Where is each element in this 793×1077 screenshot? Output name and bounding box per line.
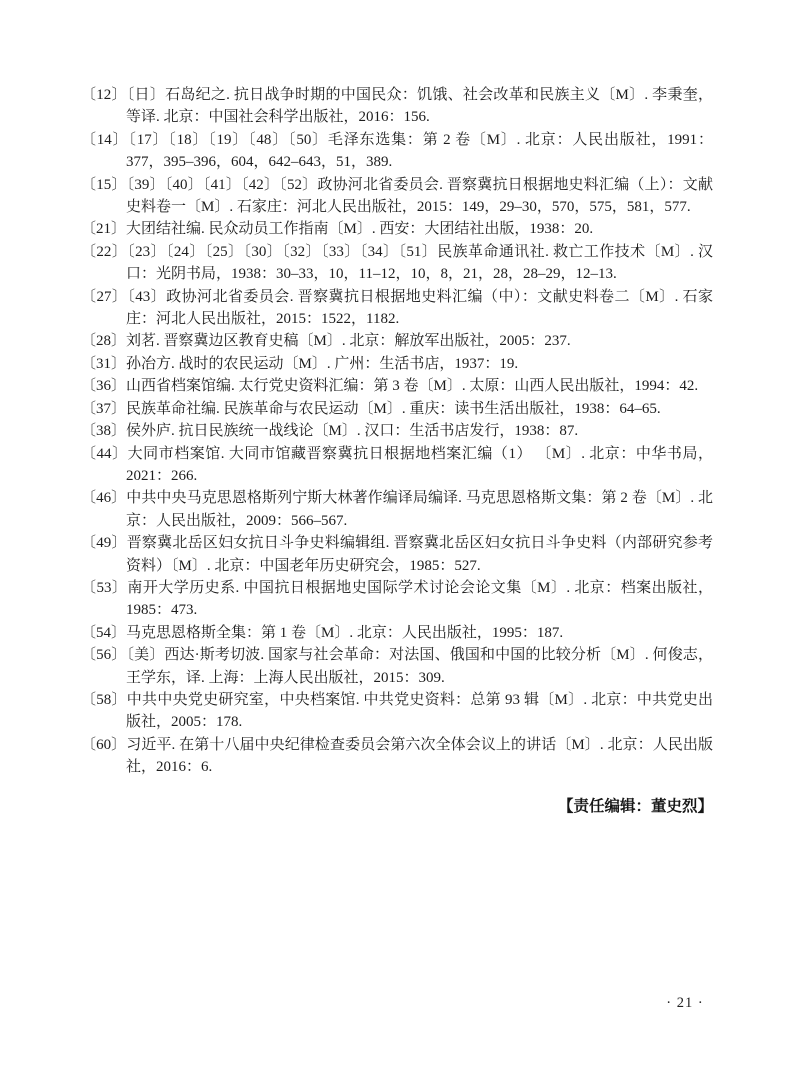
reference-label: 〔22〕〔23〕〔24〕〔25〕〔30〕〔32〕〔33〕〔34〕〔51〕 <box>81 244 437 260</box>
reference-entry: 〔49〕晋察冀北岳区妇女抗日斗争史料编辑组. 晋察冀北岳区妇女抗日斗争史料（内部… <box>81 532 713 577</box>
reference-entry: 〔12〕〔日〕石岛纪之. 抗日战争时期的中国民众：饥饿、社会改革和民族主义〔M〕… <box>81 84 713 129</box>
reference-text: 晋察冀北岳区妇女抗日斗争史料编辑组. 晋察冀北岳区妇女抗日斗争史料（内部研究参考… <box>126 535 713 573</box>
editor-note: 【责任编辑：董史烈】 <box>81 796 713 818</box>
reference-label: 〔53〕 <box>81 580 127 596</box>
reference-label: 〔21〕 <box>81 221 126 237</box>
reference-entry: 〔44〕大同市档案馆. 大同市馆藏晋察冀抗日根据地档案汇编（1） 〔M〕. 北京… <box>81 443 713 488</box>
reference-entry: 〔54〕马克思恩格斯全集：第 1 卷〔M〕. 北京：人民出版社，1995：187… <box>81 622 713 644</box>
reference-text: 大团结社编. 民众动员工作指南〔M〕. 西安：大团结社出版，1938：20. <box>126 221 593 237</box>
reference-label: 〔28〕 <box>81 333 126 349</box>
reference-entry: 〔22〕〔23〕〔24〕〔25〕〔30〕〔32〕〔33〕〔34〕〔51〕民族革命… <box>81 241 713 286</box>
reference-text: 中共中央马克思恩格斯列宁斯大林著作编译局编译. 马克思恩格斯文集：第 2 卷〔M… <box>126 490 713 528</box>
reference-text: 中共中央党史研究室，中央档案馆. 中共党史资料：总第 93 辑〔M〕. 北京：中… <box>126 692 713 730</box>
reference-label: 〔31〕 <box>81 356 126 372</box>
reference-text: 大同市档案馆. 大同市馆藏晋察冀抗日根据地档案汇编（1） 〔M〕. 北京：中华书… <box>126 446 713 484</box>
reference-text: 政协河北省委员会. 晋察冀抗日根据地史料汇编（中）：文献史料卷二〔M〕. 石家庄… <box>126 289 713 327</box>
reference-entry: 〔21〕大团结社编. 民众动员工作指南〔M〕. 西安：大团结社出版，1938：2… <box>81 218 713 240</box>
reference-entry: 〔37〕民族革命社编. 民族革命与农民运动〔M〕. 重庆：读书生活出版社，193… <box>81 398 713 420</box>
reference-entry: 〔58〕中共中央党史研究室，中央档案馆. 中共党史资料：总第 93 辑〔M〕. … <box>81 689 713 734</box>
reference-text: 〔美〕西达·斯考切波. 国家与社会革命：对法国、俄国和中国的比较分析〔M〕. 何… <box>126 647 713 685</box>
reference-text: 山西省档案馆编. 太行党史资料汇编：第 3 卷〔M〕. 太原：山西人民出版社，1… <box>126 378 698 394</box>
reference-label: 〔58〕 <box>81 692 127 708</box>
reference-label: 〔38〕 <box>81 423 126 439</box>
reference-label: 〔56〕 <box>81 647 126 663</box>
reference-label: 〔15〕〔39〕〔40〕〔41〕〔42〕〔52〕 <box>81 177 317 193</box>
page-number: · 21 · <box>650 995 720 1012</box>
reference-text: 民族革命社编. 民族革命与农民运动〔M〕. 重庆：读书生活出版社，1938：64… <box>126 401 661 417</box>
reference-label: 〔60〕 <box>81 737 126 753</box>
reference-text: 孙冶方. 战时的农民运动〔M〕. 广州：生活书店，1937：19. <box>126 356 518 372</box>
reference-text: 刘茗. 晋察冀边区教育史稿〔M〕. 北京：解放军出版社，2005：237. <box>126 333 571 349</box>
reference-label: 〔44〕 <box>81 446 128 462</box>
reference-entry: 〔53〕南开大学历史系. 中国抗日根据地史国际学术讨论会论文集〔M〕. 北京：档… <box>81 577 713 622</box>
reference-text: 习近平. 在第十八届中央纪律检查委员会第六次全体会议上的讲话〔M〕. 北京：人民… <box>126 737 713 775</box>
reference-text: 侯外庐. 抗日民族统一战线论〔M〕. 汉口：生活书店发行，1938：87. <box>126 423 578 439</box>
reference-entry: 〔36〕山西省档案馆编. 太行党史资料汇编：第 3 卷〔M〕. 太原：山西人民出… <box>81 375 713 397</box>
reference-entry: 〔46〕中共中央马克思恩格斯列宁斯大林著作编译局编译. 马克思恩格斯文集：第 2… <box>81 487 713 532</box>
reference-entry: 〔28〕刘茗. 晋察冀边区教育史稿〔M〕. 北京：解放军出版社，2005：237… <box>81 330 713 352</box>
reference-text: 南开大学历史系. 中国抗日根据地史国际学术讨论会论文集〔M〕. 北京：档案出版社… <box>126 580 713 618</box>
reference-list: 〔12〕〔日〕石岛纪之. 抗日战争时期的中国民众：饥饿、社会改革和民族主义〔M〕… <box>81 84 713 818</box>
reference-label: 〔37〕 <box>81 401 126 417</box>
reference-label: 〔14〕〔17〕〔18〕〔19〕〔48〕〔50〕 <box>81 132 328 148</box>
reference-entry: 〔15〕〔39〕〔40〕〔41〕〔42〕〔52〕政协河北省委员会. 晋察冀抗日根… <box>81 174 713 219</box>
reference-entry: 〔60〕习近平. 在第十八届中央纪律检查委员会第六次全体会议上的讲话〔M〕. 北… <box>81 734 713 779</box>
reference-entry: 〔56〕〔美〕西达·斯考切波. 国家与社会革命：对法国、俄国和中国的比较分析〔M… <box>81 644 713 689</box>
reference-label: 〔36〕 <box>81 378 126 394</box>
reference-entry: 〔14〕〔17〕〔18〕〔19〕〔48〕〔50〕毛泽东选集：第 2 卷〔M〕. … <box>81 129 713 174</box>
reference-text: 马克思恩格斯全集：第 1 卷〔M〕. 北京：人民出版社，1995：187. <box>126 625 563 641</box>
reference-entry: 〔38〕侯外庐. 抗日民族统一战线论〔M〕. 汉口：生活书店发行，1938：87… <box>81 420 713 442</box>
reference-text: 〔日〕石岛纪之. 抗日战争时期的中国民众：饥饿、社会改革和民族主义〔M〕. 李秉… <box>126 87 713 125</box>
reference-entry: 〔31〕孙冶方. 战时的农民运动〔M〕. 广州：生活书店，1937：19. <box>81 353 713 375</box>
reference-label: 〔54〕 <box>81 625 126 641</box>
reference-entry: 〔27〕〔43〕政协河北省委员会. 晋察冀抗日根据地史料汇编（中）：文献史料卷二… <box>81 286 713 331</box>
reference-label: 〔49〕 <box>81 535 127 551</box>
reference-label: 〔46〕 <box>81 490 126 506</box>
document-page: 〔12〕〔日〕石岛纪之. 抗日战争时期的中国民众：饥饿、社会改革和民族主义〔M〕… <box>0 0 793 1077</box>
reference-label: 〔27〕〔43〕 <box>81 289 166 305</box>
reference-label: 〔12〕 <box>81 87 127 103</box>
